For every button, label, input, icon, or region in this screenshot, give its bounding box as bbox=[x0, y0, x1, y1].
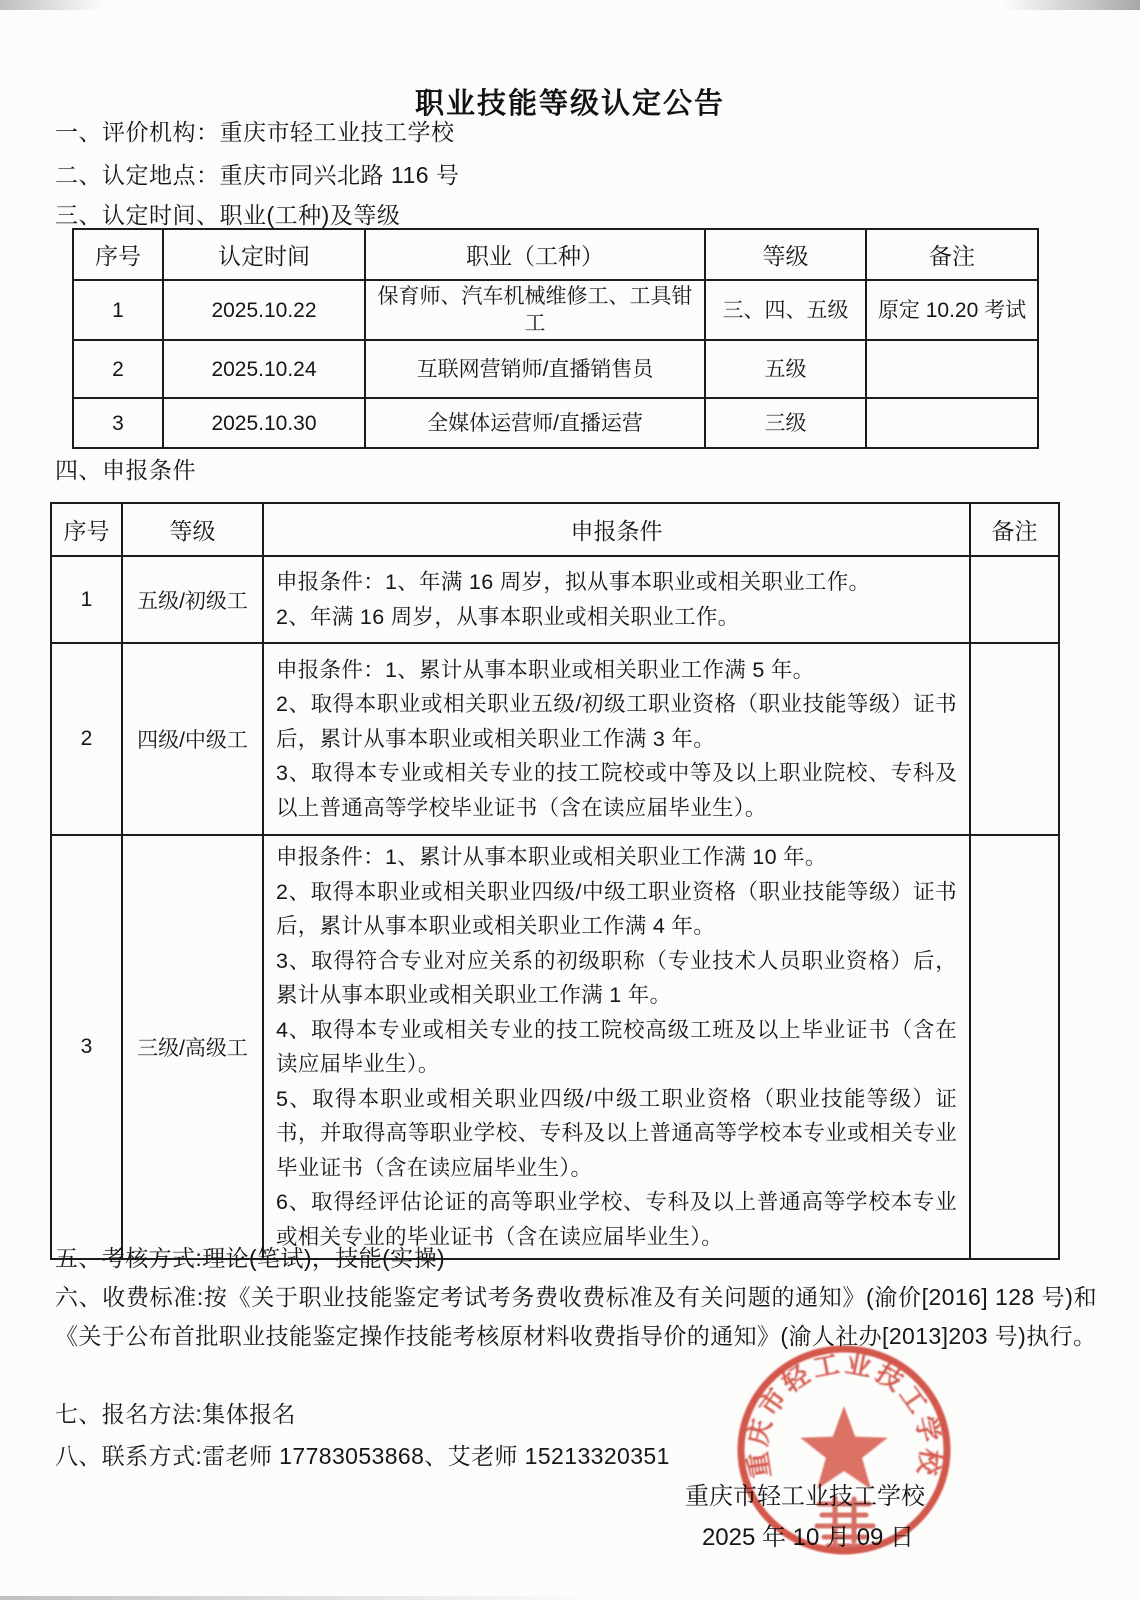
schedule-col-date: 认定时间 bbox=[163, 229, 365, 280]
footer-contact: 八、联系方式:雷老师 17783053868、艾老师 15213320351 bbox=[55, 1438, 670, 1471]
cell-date: 2025.10.30 bbox=[163, 398, 365, 448]
intro-evaluator: 一、评价机构：重庆市轻工业技工学校 bbox=[55, 114, 455, 147]
announcement-document: 职业技能等级认定公告 一、评价机构：重庆市轻工业技工学校 二、认定地点：重庆市同… bbox=[0, 0, 1140, 1600]
cell-occupation: 保育师、汽车机械维修工、工具钳工 bbox=[365, 280, 705, 340]
cell-date: 2025.10.24 bbox=[163, 340, 365, 398]
condition-item: 申报条件：1、累计从事本职业或相关职业工作满 5 年。 bbox=[276, 653, 957, 688]
conditions-col-note: 备注 bbox=[970, 503, 1059, 556]
cell-conditions: 申报条件：1、累计从事本职业或相关职业工作满 5 年。 2、取得本职业或相关职业… bbox=[263, 643, 970, 835]
condition-item: 3、取得符合专业对应关系的初级职称（专业技术人员职业资格）后，累计从事本职业或相… bbox=[276, 944, 957, 1013]
conditions-heading: 四、申报条件 bbox=[55, 452, 196, 485]
cell-occupation: 互联网营销师/直播销售员 bbox=[365, 340, 705, 398]
cell-note: 原定 10.20 考试 bbox=[866, 280, 1038, 340]
condition-item: 3、取得本专业或相关专业的技工院校或中等及以上职业院校、专科及以上普通高等学校毕… bbox=[276, 756, 957, 825]
conditions-col-no: 序号 bbox=[51, 503, 122, 556]
condition-item: 2、取得本职业或相关职业五级/初级工职业资格（职业技能等级）证书后，累计从事本职… bbox=[276, 687, 957, 756]
conditions-col-level: 等级 bbox=[122, 503, 263, 556]
condition-item: 申报条件：1、累计从事本职业或相关职业工作满 10 年。 bbox=[276, 840, 957, 875]
intro-location: 二、认定地点：重庆市同兴北路 116 号 bbox=[55, 157, 459, 190]
table-row: 2 四级/中级工 申报条件：1、累计从事本职业或相关职业工作满 5 年。 2、取… bbox=[51, 643, 1059, 835]
cell-no: 2 bbox=[73, 340, 163, 398]
schedule-table: 序号 认定时间 职业（工种） 等级 备注 1 2025.10.22 保育师、汽车… bbox=[72, 228, 1039, 449]
cell-date: 2025.10.22 bbox=[163, 280, 365, 340]
cell-level: 三、四、五级 bbox=[705, 280, 866, 340]
table-row: 3 三级/高级工 申报条件：1、累计从事本职业或相关职业工作满 10 年。 2、… bbox=[51, 835, 1059, 1259]
cell-level: 三级/高级工 bbox=[122, 835, 263, 1259]
stamp-arc-text: 重庆市轻工业技工学校 bbox=[742, 1348, 946, 1480]
cell-no: 1 bbox=[51, 556, 122, 643]
cell-no: 2 bbox=[51, 643, 122, 835]
cell-conditions: 申报条件：1、累计从事本职业或相关职业工作满 10 年。 2、取得本职业或相关职… bbox=[263, 835, 970, 1259]
cell-occupation: 全媒体运营师/直播运营 bbox=[365, 398, 705, 448]
conditions-table: 序号 等级 申报条件 备注 1 五级/初级工 申报条件：1、年满 16 周岁，拟… bbox=[50, 502, 1060, 1260]
cell-level: 四级/中级工 bbox=[122, 643, 263, 835]
condition-item: 2、取得本职业或相关职业四级/中级工职业资格（职业技能等级）证书后，累计从事本职… bbox=[276, 875, 957, 944]
table-row: 1 五级/初级工 申报条件：1、年满 16 周岁，拟从事本职业或相关职业工作。 … bbox=[51, 556, 1059, 643]
condition-item: 5、取得本职业或相关职业四级/中级工职业资格（职业技能等级）证书，并取得高等职业… bbox=[276, 1082, 957, 1186]
intro-schedule-heading: 三、认定时间、职业(工种)及等级 bbox=[55, 197, 400, 230]
condition-item: 申报条件：1、年满 16 周岁，拟从事本职业或相关职业工作。 bbox=[276, 565, 957, 600]
table-row: 2 2025.10.24 互联网营销师/直播销售员 五级 bbox=[73, 340, 1038, 398]
condition-item: 2、年满 16 周岁，从事本职业或相关职业工作。 bbox=[276, 600, 957, 635]
svg-text:重庆市轻工业技工学校: 重庆市轻工业技工学校 bbox=[742, 1348, 946, 1480]
schedule-col-no: 序号 bbox=[73, 229, 163, 280]
condition-item: 4、取得本专业或相关专业的技工院校高级工班及以上毕业证书（含在读应届毕业生）。 bbox=[276, 1013, 957, 1082]
schedule-table-header-row: 序号 认定时间 职业（工种） 等级 备注 bbox=[73, 229, 1038, 280]
cell-level: 五级 bbox=[705, 340, 866, 398]
cell-conditions: 申报条件：1、年满 16 周岁，拟从事本职业或相关职业工作。 2、年满 16 周… bbox=[263, 556, 970, 643]
schedule-col-occupation: 职业（工种） bbox=[365, 229, 705, 280]
footer-assessment: 五、考核方式:理论(笔试)，技能(实操) bbox=[55, 1240, 445, 1273]
table-row: 3 2025.10.30 全媒体运营师/直播运营 三级 bbox=[73, 398, 1038, 448]
cell-note bbox=[866, 398, 1038, 448]
cell-note bbox=[970, 643, 1059, 835]
cell-no: 3 bbox=[51, 835, 122, 1259]
footer-fees: 六、收费标准:按《关于职业技能鉴定考试考务费收费标准及有关问题的通知》(渝价[2… bbox=[55, 1278, 1097, 1356]
cell-note bbox=[866, 340, 1038, 398]
signature-date: 2025 年 10 月 09 日 bbox=[688, 1517, 928, 1552]
schedule-col-note: 备注 bbox=[866, 229, 1038, 280]
conditions-col-conditions: 申报条件 bbox=[263, 503, 970, 556]
cell-note bbox=[970, 556, 1059, 643]
cell-level: 三级 bbox=[705, 398, 866, 448]
cell-note bbox=[970, 835, 1059, 1259]
cell-no: 3 bbox=[73, 398, 163, 448]
table-row: 1 2025.10.22 保育师、汽车机械维修工、工具钳工 三、四、五级 原定 … bbox=[73, 280, 1038, 340]
cell-level: 五级/初级工 bbox=[122, 556, 263, 643]
footer-registration: 七、报名方法:集体报名 bbox=[55, 1396, 296, 1429]
signature-organization: 重庆市轻工业技工学校 bbox=[670, 1476, 940, 1511]
conditions-table-header-row: 序号 等级 申报条件 备注 bbox=[51, 503, 1059, 556]
cell-no: 1 bbox=[73, 280, 163, 340]
schedule-col-level: 等级 bbox=[705, 229, 866, 280]
